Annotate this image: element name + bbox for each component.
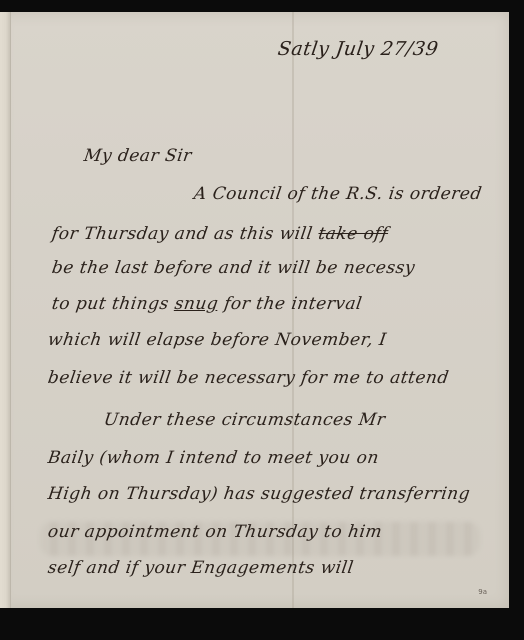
letter-line-1: A Council of the R.S. is ordered — [193, 184, 484, 204]
letter-line-4-text: to put things — [51, 294, 171, 314]
struck-text: take off — [317, 224, 389, 244]
letter-page: Satly July 27/39 My dear Sir A Council o… — [0, 12, 509, 608]
letter-line-2-text: for Thursday and as this will — [51, 224, 314, 244]
letter-line-4: to put things snug for the interval — [51, 294, 364, 314]
letter-line-6: believe it will be necessary for me to a… — [47, 368, 451, 388]
folio-mark: 9a — [478, 588, 487, 596]
letter-line-7: Under these circumstances Mr — [103, 410, 387, 430]
letter-line-3: be the last before and it will be necess… — [51, 258, 417, 278]
dateline: Satly July 27/39 — [276, 38, 439, 60]
letter-line-11: self and if your Engagements will — [47, 558, 355, 578]
letter-line-4-after: for the interval — [223, 294, 364, 314]
letter-line-5: which will elapse before November, I — [47, 330, 388, 350]
letter-line-2: for Thursday and as this will take off — [51, 224, 390, 244]
salutation: My dear Sir — [83, 146, 194, 166]
letter-line-9: High on Thursday) has suggested transfer… — [47, 484, 472, 504]
binding-edge — [0, 12, 11, 608]
letter-line-8: Baily (whom I intend to meet you on — [47, 448, 381, 468]
underlined-word: snug — [173, 294, 219, 314]
letter-line-10: our appointment on Thursday to him — [47, 522, 384, 542]
